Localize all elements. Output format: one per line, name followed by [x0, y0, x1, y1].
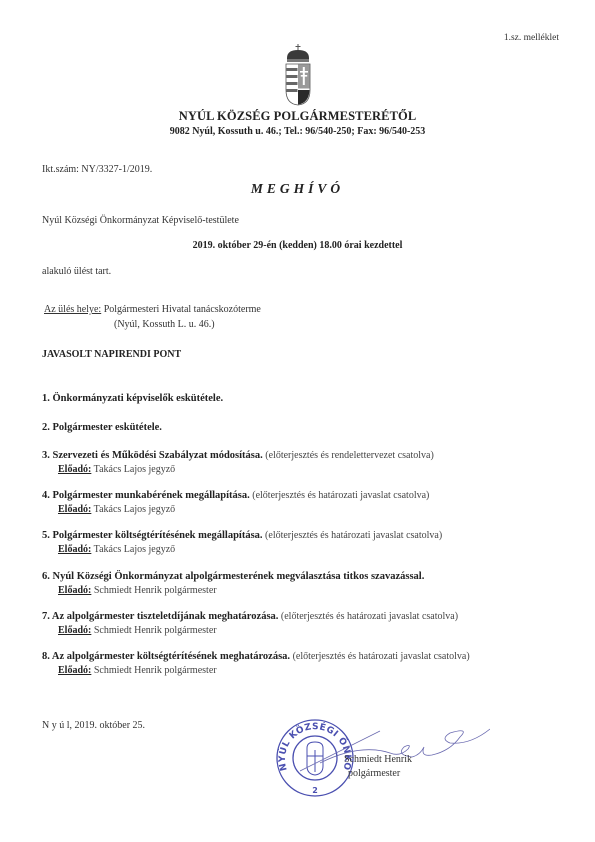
signer-name: Schmiedt Henrik [344, 754, 412, 765]
agenda-item: 4. Polgármester munkabérének megállapítá… [42, 490, 429, 501]
org-name: NYÚL KÖZSÉG POLGÁRMESTERÉTŐL [0, 109, 595, 124]
presenter-name: Schmiedt Henrik polgármester [91, 665, 216, 676]
annex-label: 1.sz. melléklet [504, 33, 559, 43]
presenter-name: Takács Lajos jegyző [91, 464, 175, 475]
agenda-item-title: 5. Polgármester költségtérítésének megál… [42, 530, 263, 541]
agenda-item: 5. Polgármester költségtérítésének megál… [42, 530, 442, 541]
place-date: N y ú l, 2019. október 25. [42, 720, 145, 731]
intro-closing: alakuló ülést tart. [42, 266, 111, 277]
agenda-item-title: 8. Az alpolgármester költségtérítésének … [42, 651, 290, 662]
presenter-label: Előadó: [58, 464, 91, 475]
venue: Az ülés helye: Polgármesteri Hivatal tan… [44, 304, 261, 315]
venue-label: Az ülés helye: [44, 304, 101, 315]
intro-body: Nyúl Községi Önkormányzat Képviselő-test… [42, 215, 239, 226]
presenter-label: Előadó: [58, 504, 91, 515]
agenda-item-presenter: Előadó: Schmiedt Henrik polgármester [58, 585, 217, 596]
presenter-name: Schmiedt Henrik polgármester [91, 625, 216, 636]
hungarian-coat-of-arms-icon [283, 44, 313, 106]
org-address: 9082 Nyúl, Kossuth u. 46.; Tel.: 96/540-… [0, 126, 595, 137]
agenda-item-presenter: Előadó: Takács Lajos jegyző [58, 504, 175, 515]
meeting-datetime: 2019. október 29-én (kedden) 18.00 órai … [0, 240, 595, 251]
agenda-item: 7. Az alpolgármester tiszteletdíjának me… [42, 611, 458, 622]
page-title: MEGHÍVÓ [0, 181, 595, 197]
agenda-item-title: 1. Önkormányzati képviselők eskütétele. [42, 393, 223, 404]
agenda-item-title: 7. Az alpolgármester tiszteletdíjának me… [42, 611, 278, 622]
agenda-item-note: (előterjesztés és rendelettervezet csato… [263, 450, 434, 461]
agenda-item-title: 6. Nyúl Községi Önkormányzat alpolgármes… [42, 571, 424, 582]
signer-title: polgármester [348, 768, 400, 779]
agenda-item: 8. Az alpolgármester költségtérítésének … [42, 651, 470, 662]
presenter-label: Előadó: [58, 665, 91, 676]
stamp-number: 2 [312, 786, 318, 795]
presenter-name: Schmiedt Henrik polgármester [91, 585, 216, 596]
agenda-item-note: (előterjesztés és határozati javaslat cs… [290, 651, 470, 662]
agenda-item-title: 4. Polgármester munkabérének megállapítá… [42, 490, 250, 501]
presenter-name: Takács Lajos jegyző [91, 544, 175, 555]
agenda-heading: JAVASOLT NAPIRENDI PONT [42, 349, 181, 360]
agenda-item-presenter: Előadó: Takács Lajos jegyző [58, 464, 175, 475]
presenter-label: Előadó: [58, 544, 91, 555]
agenda-item: 2. Polgármester eskütétele. [42, 422, 162, 433]
agenda-item: 6. Nyúl Községi Önkormányzat alpolgármes… [42, 571, 424, 582]
signature-icon [300, 723, 490, 773]
venue-address: (Nyúl, Kossuth L. u. 46.) [114, 319, 215, 330]
presenter-name: Takács Lajos jegyző [91, 504, 175, 515]
agenda-item-presenter: Előadó: Schmiedt Henrik polgármester [58, 665, 217, 676]
reference-number: Ikt.szám: NY/3327-1/2019. [42, 164, 152, 175]
agenda-item-presenter: Előadó: Takács Lajos jegyző [58, 544, 175, 555]
agenda-item-title: 2. Polgármester eskütétele. [42, 422, 162, 433]
agenda-item-presenter: Előadó: Schmiedt Henrik polgármester [58, 625, 217, 636]
agenda-item: 1. Önkormányzati képviselők eskütétele. [42, 393, 223, 404]
agenda-item: 3. Szervezeti és Működési Szabályzat mód… [42, 450, 434, 461]
agenda-item-note: (előterjesztés és határozati javaslat cs… [250, 490, 430, 501]
agenda-item-title: 3. Szervezeti és Működési Szabályzat mód… [42, 450, 263, 461]
presenter-label: Előadó: [58, 625, 91, 636]
agenda-item-note: (előterjesztés és határozati javaslat cs… [263, 530, 443, 541]
agenda-item-note: (előterjesztés és határozati javaslat cs… [278, 611, 458, 622]
venue-value: Polgármesteri Hivatal tanácskozóterme [101, 304, 261, 315]
presenter-label: Előadó: [58, 585, 91, 596]
